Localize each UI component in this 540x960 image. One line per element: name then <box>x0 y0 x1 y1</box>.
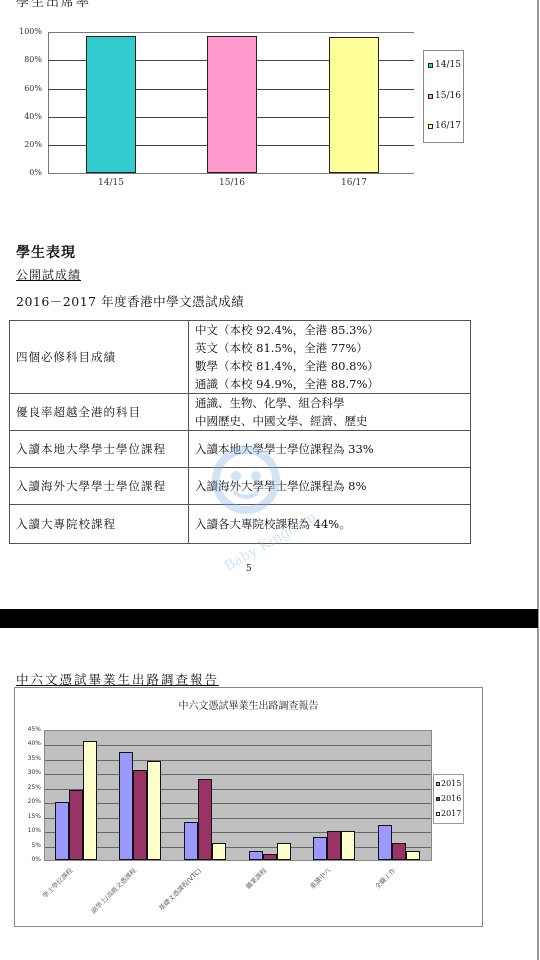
row-value: 中文（本校 92.4%，全港 85.3%） 英文（本校 81.5%，全港 77%… <box>189 321 471 394</box>
bar-15-16 <box>207 36 257 173</box>
bar-2015 <box>378 825 392 860</box>
attendance-chart: 100% 80% 60% 40% 20% 0% 14/15 15/16 16/1… <box>0 0 540 200</box>
y-tick: 30% <box>15 769 41 776</box>
row-label: 四個必修科目成績 <box>10 321 189 394</box>
x-label: 14/15 <box>86 178 136 188</box>
value-line: 中文（本校 92.4%，全港 85.3%） <box>195 321 464 339</box>
y-tick: 0% <box>15 856 41 863</box>
subsection-title: 公開試成績 <box>16 266 81 283</box>
bar-2015 <box>313 837 327 860</box>
x-label: 職業課程 <box>244 866 269 891</box>
legend-label: 2016 <box>441 794 461 803</box>
gridline <box>45 803 431 804</box>
table-row: 入讀海外大學學士學位課程 入讀海外大學學士學位課程為 8% <box>10 468 471 505</box>
y-tick: 35% <box>15 755 41 762</box>
gridline <box>45 745 431 746</box>
value-line: 通識、生物、化學、組合科學 <box>195 394 464 412</box>
survey-chart: 中六文憑試畢業生出路調查報告 45% 40% 35% 30% 25% 20% 1… <box>14 687 483 927</box>
legend-item: 16/17 <box>428 121 461 131</box>
y-tick: 80% <box>12 55 42 64</box>
legend-label: 14/15 <box>435 60 461 70</box>
legend-swatch-icon <box>428 63 433 68</box>
survey-heading: 中六文憑試畢業生出路調查報告 <box>16 670 219 688</box>
x-label: 基礎文憑課程(VTC) <box>157 866 203 912</box>
gridline <box>45 818 431 819</box>
bar-2017 <box>277 843 291 860</box>
legend-label: 2015 <box>441 779 461 788</box>
legend-label: 16/17 <box>435 121 461 131</box>
page-number: 5 <box>246 564 252 574</box>
bar-16-17 <box>329 37 379 173</box>
x-axis <box>48 173 414 174</box>
legend-item: 14/15 <box>428 60 461 70</box>
table-row: 優良率超越全港的科目 通識、生物、化學、組合科學 中國歷史、中國文學、經濟、歷史 <box>10 394 471 431</box>
row-value: 入讀本地大學學士學位課程為 33% <box>189 431 471 468</box>
gridline <box>45 847 431 848</box>
table-row: 四個必修科目成績 中文（本校 92.4%，全港 85.3%） 英文（本校 81.… <box>10 321 471 394</box>
bar-2016 <box>392 843 406 860</box>
legend-swatch-icon <box>428 124 433 129</box>
legend-item: 2016 <box>436 794 461 803</box>
exam-title: 2016－2017 年度香港中學文憑試成績 <box>16 292 244 310</box>
y-tick: 10% <box>15 827 41 834</box>
legend-item: 15/16 <box>428 91 461 101</box>
row-label: 入讀海外大學學士學位課程 <box>10 468 189 505</box>
section-title: 學生表現 <box>16 242 76 262</box>
bar-2017 <box>147 761 161 860</box>
legend-swatch-icon <box>436 812 440 816</box>
bar-2016 <box>133 770 147 860</box>
y-tick: 5% <box>15 842 41 849</box>
row-value: 入讀各大專院校課程為 44%。 <box>189 505 471 544</box>
gridline <box>45 789 431 790</box>
chart-title: 中六文憑試畢業生出路調查報告 <box>15 697 482 712</box>
y-tick: 15% <box>15 813 41 820</box>
row-value: 通識、生物、化學、組合科學 中國歷史、中國文學、經濟、歷史 <box>189 394 471 431</box>
y-tick: 100% <box>12 27 42 36</box>
row-label: 入讀本地大學學士學位課程 <box>10 431 189 468</box>
legend-label: 2017 <box>441 809 461 818</box>
legend-item: 2015 <box>436 779 461 788</box>
value-line: 英文（本校 81.5%，全港 77%） <box>195 339 464 357</box>
page-divider <box>0 609 538 628</box>
table-row: 入讀大專院校課程 入讀各大專院校課程為 44%。 <box>10 505 471 544</box>
bar-2015 <box>184 822 198 860</box>
table-row: 入讀本地大學學士學位課程 入讀本地大學學士學位課程為 33% <box>10 431 471 468</box>
gridline <box>45 832 431 833</box>
legend-item: 2017 <box>436 809 461 818</box>
bar-2016 <box>69 790 83 860</box>
bar-2017 <box>212 843 226 860</box>
x-label: 全職工作 <box>373 866 398 891</box>
results-table: 四個必修科目成績 中文（本校 92.4%，全港 85.3%） 英文（本校 81.… <box>9 320 471 544</box>
legend-label: 15/16 <box>435 91 461 101</box>
bar-2016 <box>198 779 212 860</box>
y-tick: 40% <box>12 112 42 121</box>
row-value: 入讀海外大學學士學位課程為 8% <box>189 468 471 505</box>
bar-2015 <box>119 752 133 860</box>
y-tick: 45% <box>15 726 41 733</box>
bar-2015 <box>249 851 263 860</box>
legend-swatch-icon <box>428 94 433 99</box>
x-label: 16/17 <box>329 178 379 188</box>
legend-swatch-icon <box>436 797 440 801</box>
x-label: 學士學位課程 <box>40 866 74 900</box>
x-label: 重讀中六 <box>308 866 333 891</box>
chart-legend: 14/15 15/16 16/17 <box>423 50 464 143</box>
row-label: 入讀大專院校課程 <box>10 505 189 544</box>
value-line: 通識（本校 94.9%，全港 88.7%） <box>195 375 464 393</box>
y-tick: 20% <box>15 798 41 805</box>
row-label: 優良率超越全港的科目 <box>10 394 189 431</box>
x-label: 15/16 <box>207 178 257 188</box>
gridline <box>45 760 431 761</box>
x-label: 副學士/高級文憑課程 <box>89 866 138 915</box>
bar-2016 <box>327 831 341 860</box>
gridline <box>45 774 431 775</box>
bar-14-15 <box>86 36 136 173</box>
chart-legend: 2015 2016 2017 <box>433 774 464 824</box>
y-tick: 25% <box>15 784 41 791</box>
plot-area <box>44 730 432 861</box>
value-line: 數學（本校 81.4%，全港 80.8%） <box>195 357 464 375</box>
y-tick: 40% <box>15 740 41 747</box>
bar-2017 <box>406 851 420 860</box>
y-tick: 0% <box>12 168 42 177</box>
legend-swatch-icon <box>436 782 440 786</box>
y-tick: 60% <box>12 84 42 93</box>
bar-2017 <box>83 741 97 860</box>
bar-2017 <box>341 831 355 860</box>
value-line: 中國歷史、中國文學、經濟、歷史 <box>195 412 464 430</box>
y-tick: 20% <box>12 140 42 149</box>
bar-2015 <box>55 802 69 860</box>
bar-2016 <box>263 854 277 860</box>
